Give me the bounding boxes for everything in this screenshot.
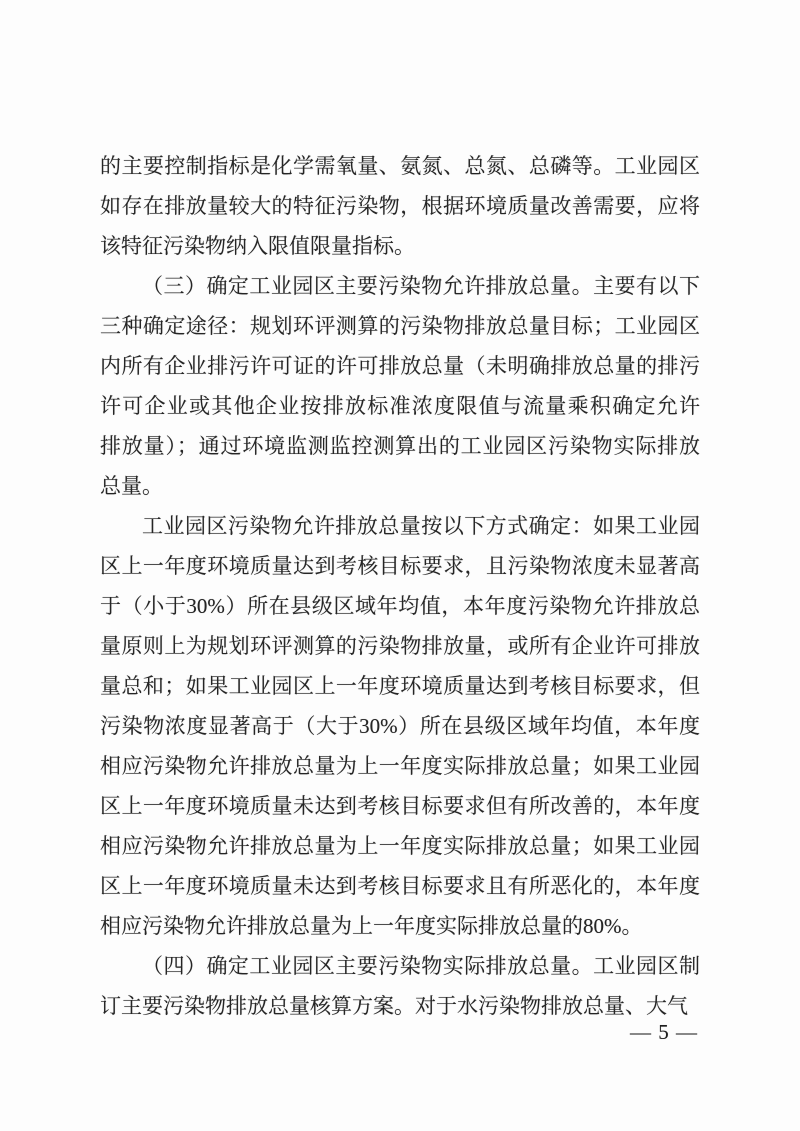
text-line: 区上一年度环境质量未达到考核目标要求且有所恶化的，本年度 [100, 866, 700, 906]
text-line: 订主要污染物排放总量核算方案。对于水污染物排放总量、大气 [100, 986, 700, 1026]
text-line: 如存在排放量较大的特征污染物，根据环境质量改善需要，应将 [100, 186, 700, 226]
text-line: 量总和；如果工业园区上一年度环境质量达到考核目标要求，但 [100, 666, 700, 706]
text-line: 排放量）；通过环境监测监控测算出的工业园区污染物实际排放 [100, 426, 700, 466]
text-line: （四）确定工业园区主要污染物实际排放总量。工业园区制 [100, 946, 700, 986]
text-line: 量原则上为规划环评测算的污染物排放量，或所有企业许可排放 [100, 626, 700, 666]
text-line: 工业园区污染物允许排放总量按以下方式确定：如果工业园 [100, 506, 700, 546]
document-page: 的主要控制指标是化学需氧量、氨氮、总氮、总磷等。工业园区如存在排放量较大的特征污… [0, 0, 800, 1131]
text-line: 区上一年度环境质量未达到考核目标要求但有所改善的，本年度 [100, 786, 700, 826]
text-line: 总量。 [100, 466, 700, 506]
text-line: 污染物浓度显著高于（大于30%）所在县级区域年均值，本年度 [100, 706, 700, 746]
text-line: 许可企业或其他企业按排放标准浓度限值与流量乘积确定允许 [100, 386, 700, 426]
text-line: 区上一年度环境质量达到考核目标要求，且污染物浓度未显著高 [100, 546, 700, 586]
document-body: 的主要控制指标是化学需氧量、氨氮、总氮、总磷等。工业园区如存在排放量较大的特征污… [100, 146, 700, 1026]
text-line: 三种确定途径：规划环评测算的污染物排放总量目标；工业园区 [100, 306, 700, 346]
text-line: 相应污染物允许排放总量为上一年度实际排放总量；如果工业园 [100, 746, 700, 786]
page-number: — 5 — [630, 1018, 698, 1046]
text-line: 相应污染物允许排放总量为上一年度实际排放总量的80%。 [100, 906, 700, 946]
text-line: 相应污染物允许排放总量为上一年度实际排放总量；如果工业园 [100, 826, 700, 866]
text-line: 的主要控制指标是化学需氧量、氨氮、总氮、总磷等。工业园区 [100, 146, 700, 186]
text-line: 于（小于30%）所在县级区域年均值，本年度污染物允许排放总 [100, 586, 700, 626]
text-line: 内所有企业排污许可证的许可排放总量（未明确排放总量的排污 [100, 346, 700, 386]
text-line: 该特征污染物纳入限值限量指标。 [100, 226, 700, 266]
text-line: （三）确定工业园区主要污染物允许排放总量。主要有以下 [100, 266, 700, 306]
